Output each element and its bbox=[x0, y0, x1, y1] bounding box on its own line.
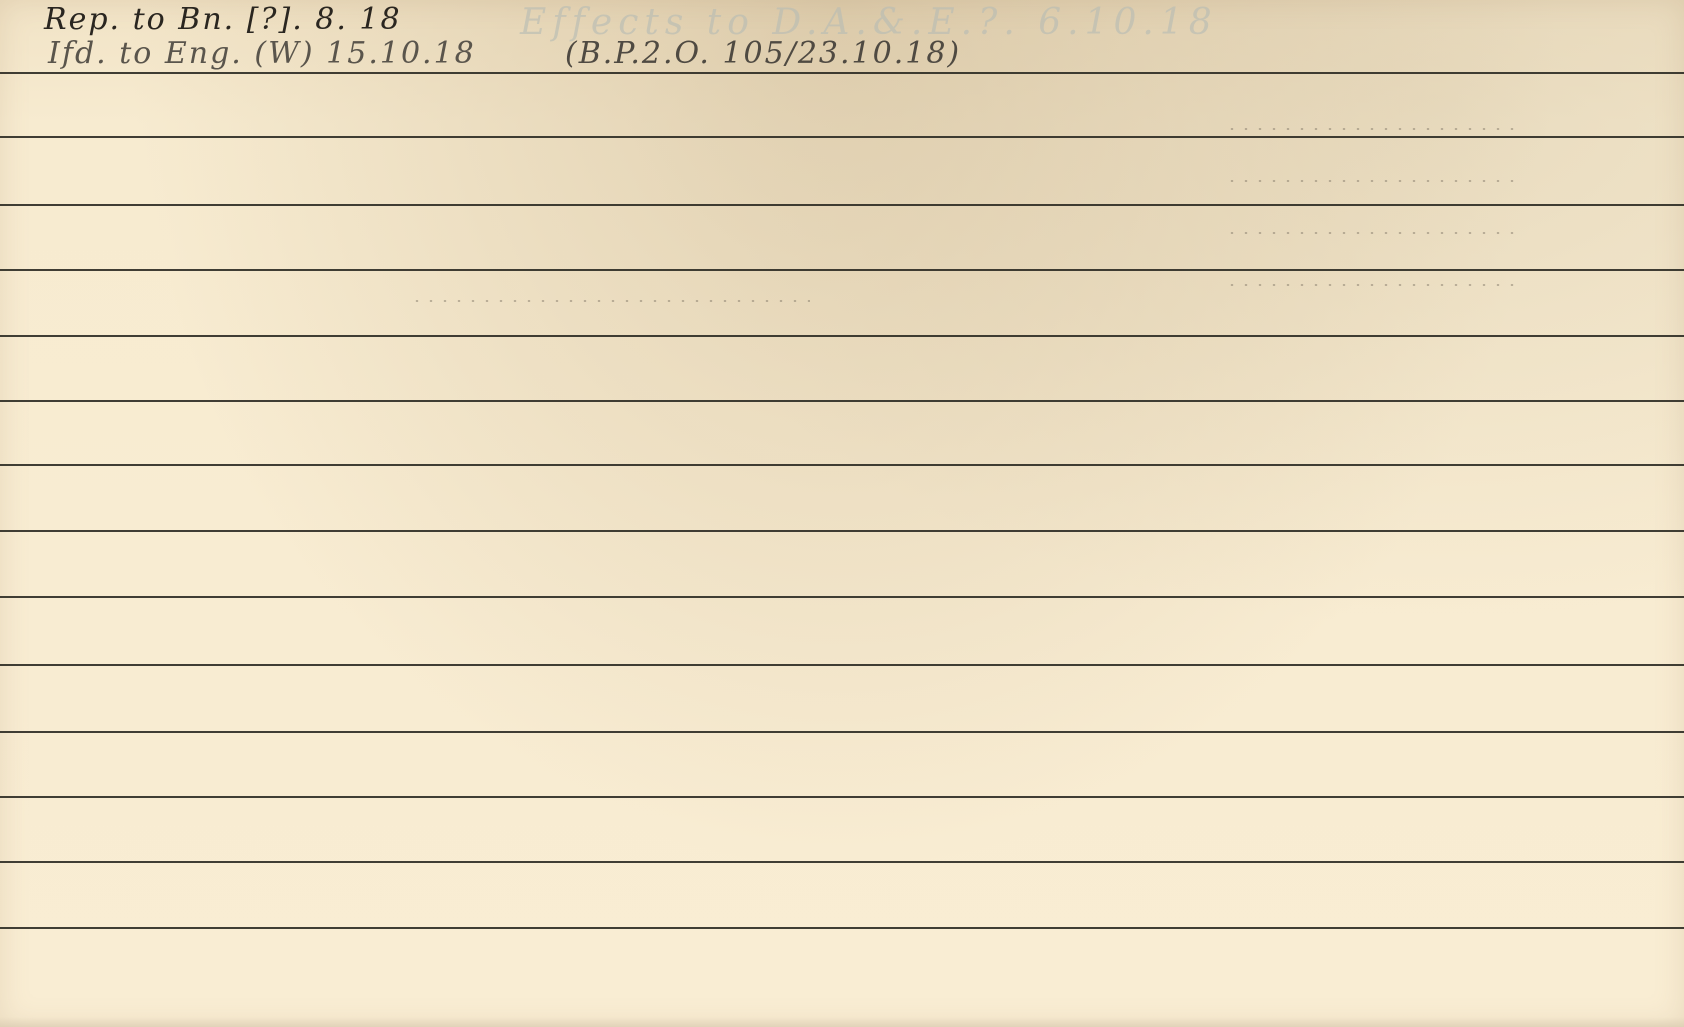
faint-dot-leader bbox=[1225, 180, 1515, 182]
ruled-line bbox=[0, 136, 1684, 138]
ruled-line bbox=[0, 72, 1684, 74]
ruled-line bbox=[0, 596, 1684, 598]
faint-dot-leader bbox=[1225, 284, 1515, 286]
ruled-line bbox=[0, 664, 1684, 666]
ruled-line bbox=[0, 796, 1684, 798]
ruled-line bbox=[0, 335, 1684, 337]
ruled-line bbox=[0, 530, 1684, 532]
card-bottom-edge bbox=[0, 1017, 1684, 1027]
ruled-line bbox=[0, 204, 1684, 206]
ruled-line bbox=[0, 269, 1684, 271]
ruled-line bbox=[0, 861, 1684, 863]
ruled-line bbox=[0, 927, 1684, 929]
handwritten-line-2-reference: (B.P.2.O. 105/23.10.18) bbox=[565, 36, 961, 71]
handwritten-line-1: Rep. to Bn. [?]. 8. 18 bbox=[44, 2, 402, 37]
faint-dot-leader bbox=[410, 300, 810, 302]
index-card: Effects to D.A.&.E.?. 6.10.18 Rep. to Bn… bbox=[0, 0, 1684, 1027]
ruled-line bbox=[0, 464, 1684, 466]
faint-dot-leader bbox=[1225, 232, 1515, 234]
ruled-line bbox=[0, 731, 1684, 733]
faint-dot-leader bbox=[1225, 128, 1515, 130]
handwritten-line-2: Ifd. to Eng. (W) 15.10.18 bbox=[48, 36, 476, 71]
ruled-line bbox=[0, 400, 1684, 402]
